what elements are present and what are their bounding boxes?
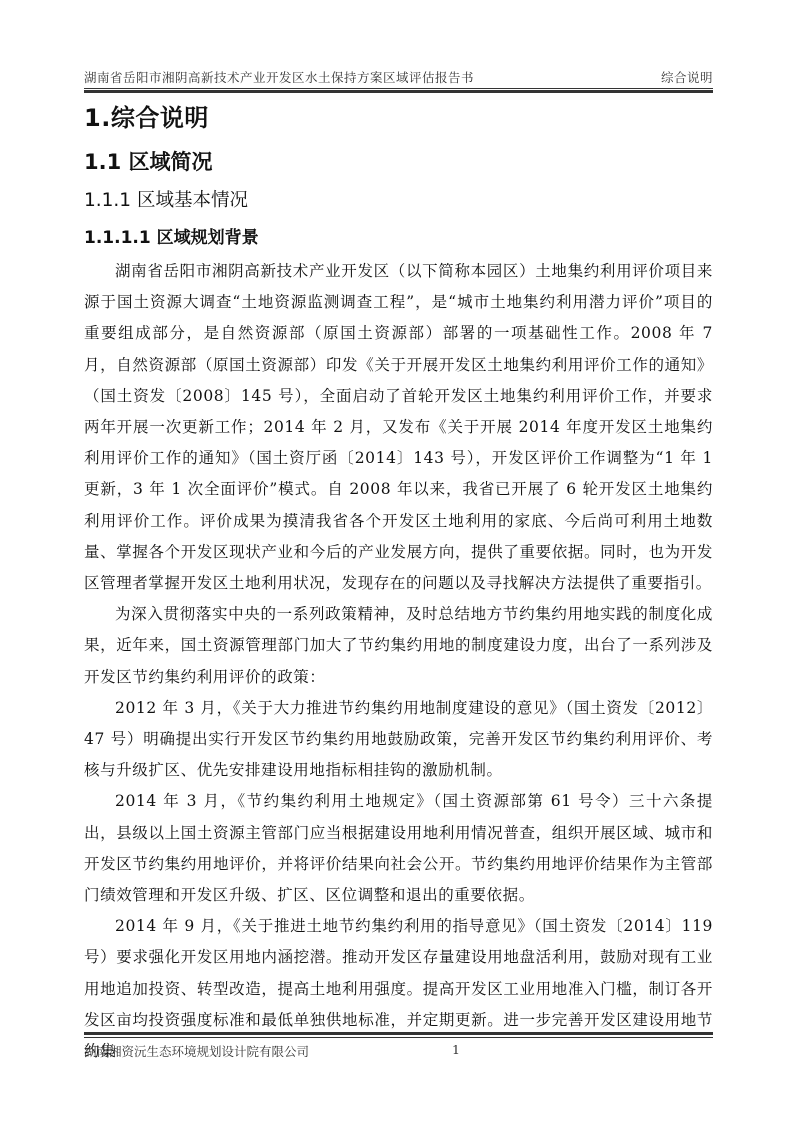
heading-level-2: 1.1 区域简况	[84, 142, 713, 182]
page-body: 1.综合说明 1.1 区域简况 1.1.1 区域基本情况 1.1.1.1 区域规…	[84, 96, 713, 1067]
heading-level-3: 1.1.1 区域基本情况	[84, 182, 713, 220]
header-rule-thin	[84, 88, 713, 89]
footer-rule-thin	[84, 1037, 713, 1038]
heading-level-1: 1.综合说明	[84, 96, 713, 142]
paragraph-background: 湖南省岳阳市湘阴高新技术产业开发区（以下简称本园区）土地集约利用评价项目来源于国…	[84, 256, 713, 599]
footer-company: 湖南湘资沅生态环境规划设计院有限公司	[84, 1042, 309, 1060]
paragraph-policy-2012: 2012 年 3 月，《关于大力推进节约集约用地制度建设的意见》（国土资发〔20…	[84, 693, 713, 787]
header-rule-thick	[84, 90, 713, 93]
footer-rule-thick	[84, 1032, 713, 1035]
heading-level-4: 1.1.1.1 区域规划背景	[84, 220, 713, 256]
page-header: 湖南省岳阳市湘阴高新技术产业开发区水土保持方案区域评估报告书 综合说明	[84, 68, 713, 90]
page-number: 1	[452, 1042, 460, 1057]
paragraph-policy-intro: 为深入贯彻落实中央的一系列政策精神，及时总结地方节约集约用地实践的制度化成果，近…	[84, 599, 713, 693]
paragraph-policy-2014-march: 2014 年 3 月，《节约集约利用土地规定》（国土资源部第 61 号令）三十六…	[84, 786, 713, 911]
page-footer: 湖南湘资沅生态环境规划设计院有限公司 1	[84, 1042, 713, 1062]
header-document-title: 湖南省岳阳市湘阴高新技术产业开发区水土保持方案区域评估报告书	[84, 68, 474, 86]
header-section-name: 综合说明	[661, 68, 713, 86]
